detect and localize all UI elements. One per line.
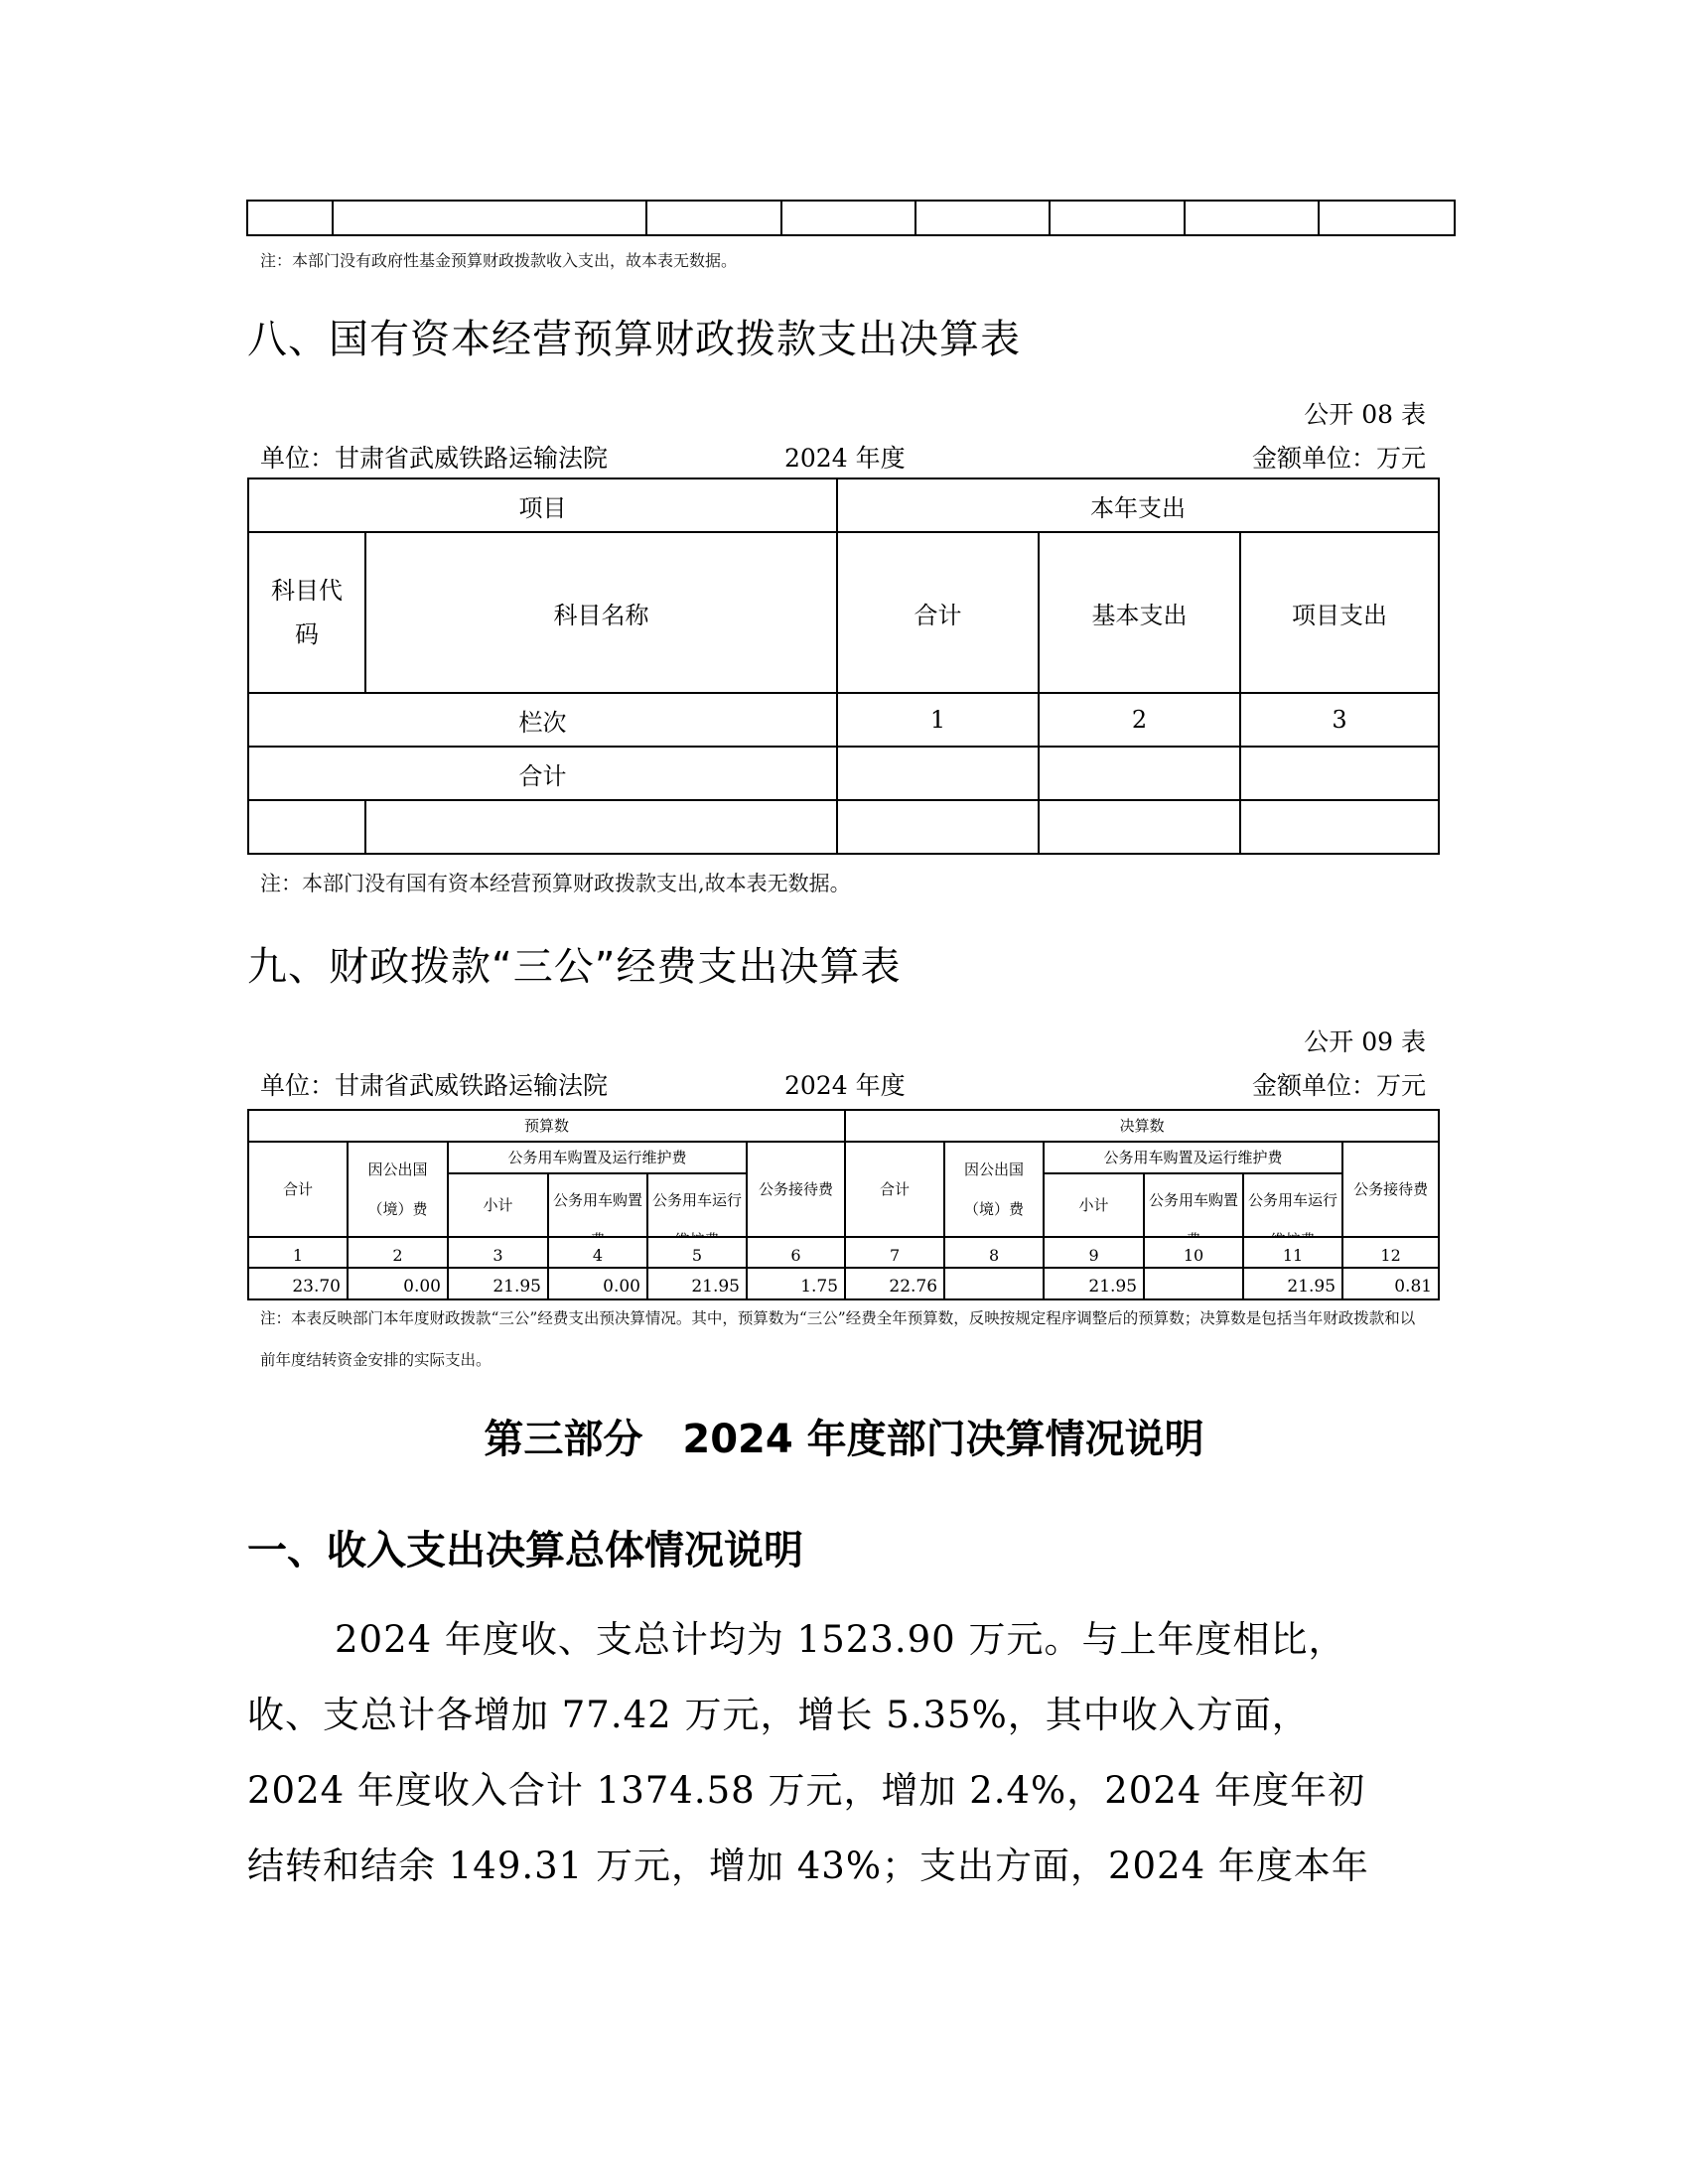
total-row: 合计 xyxy=(248,747,1439,800)
group-budget: 预算数 xyxy=(248,1110,845,1142)
table-09-year: 2024 年度 xyxy=(784,1066,906,1102)
value-final-total: 22.76 xyxy=(845,1268,944,1299)
header-final-vehicle-group: 公务用车购置及运行维护费 xyxy=(1044,1142,1342,1173)
header-subject-name: 科目名称 xyxy=(365,532,837,693)
header-budget-vehicle-purchase-label: 公务用车购置费 xyxy=(550,1174,645,1236)
table-cell xyxy=(1050,201,1185,235)
table-08-year: 2024 年度 xyxy=(784,439,906,475)
table-09: 预算数 决算数 合计 因公出国（境）费 公务用车购置及运行维护费 公务接待费 合… xyxy=(247,1109,1440,1300)
data-row: 23.70 0.00 21.95 0.00 21.95 1.75 22.76 2… xyxy=(248,1268,1439,1299)
table-cell xyxy=(365,800,837,854)
header-project-expense: 项目支出 xyxy=(1240,532,1439,693)
table-cell xyxy=(915,201,1050,235)
table-08-currency: 金额单位：万元 xyxy=(1252,439,1426,475)
section-8-title: 八、国有资本经营预算财政拨款支出决算表 xyxy=(247,308,1021,364)
section-9-title: 九、财政拨款“三公”经费支出决算表 xyxy=(247,935,901,992)
header-budget-vehicle-group: 公务用车购置及运行维护费 xyxy=(448,1142,747,1173)
value-budget-abroad: 0.00 xyxy=(348,1268,448,1299)
table-header-row: 科目代码 科目名称 合计 基本支出 项目支出 xyxy=(248,532,1439,693)
column-index: 12 xyxy=(1342,1237,1439,1268)
header-budget-vehicle-operation: 公务用车运行维护费 xyxy=(647,1173,747,1237)
value-budget-reception: 1.75 xyxy=(747,1268,845,1299)
column-index: 2 xyxy=(348,1237,448,1268)
column-index: 8 xyxy=(944,1237,1044,1268)
table-08-code: 公开 08 表 xyxy=(1304,395,1426,431)
table-08-unit: 单位：甘肃省武威铁路运输法院 xyxy=(260,439,608,475)
header-budget-total: 合计 xyxy=(248,1142,348,1237)
table-cell xyxy=(1039,747,1240,800)
table-09-note-line-1: 注：本表反映部门本年度财政拨款“三公”经费支出预决算情况。其中，预算数为“三公”… xyxy=(260,1306,1415,1328)
header-budget-vehicle-operation-label: 公务用车运行维护费 xyxy=(649,1174,745,1236)
table-09-code: 公开 09 表 xyxy=(1304,1023,1426,1058)
column-index: 11 xyxy=(1243,1237,1342,1268)
paragraph-line: 2024 年度收入合计 1374.58 万元，增加 2.4%，2024 年度年初 xyxy=(247,1753,1439,1829)
table-09-unit: 单位：甘肃省武威铁路运输法院 xyxy=(260,1066,608,1102)
column-index: 7 xyxy=(845,1237,944,1268)
header-budget-reception: 公务接待费 xyxy=(747,1142,845,1237)
header-subject-code-label: 科目代码 xyxy=(267,569,347,656)
header-final-subtotal: 小计 xyxy=(1044,1173,1144,1237)
value-final-vehicle-purchase xyxy=(1144,1268,1243,1299)
header-final-vehicle-operation: 公务用车运行维护费 xyxy=(1243,1173,1342,1237)
header-final-reception: 公务接待费 xyxy=(1342,1142,1439,1237)
column-index-row: 1 2 3 4 5 6 7 8 9 10 11 12 xyxy=(248,1237,1439,1268)
column-index: 5 xyxy=(647,1237,747,1268)
table-cell xyxy=(1039,800,1240,854)
header-current-year-expense: 本年支出 xyxy=(837,478,1439,532)
table-cell xyxy=(1185,201,1319,235)
value-budget-subtotal: 21.95 xyxy=(448,1268,548,1299)
table-row xyxy=(248,800,1439,854)
paragraph-line: 收、支总计各增加 77.42 万元，增长 5.35%，其中收入方面， xyxy=(247,1678,1439,1753)
value-final-subtotal: 21.95 xyxy=(1044,1268,1144,1299)
header-budget-abroad-label: 因公出国（境）费 xyxy=(363,1150,433,1229)
value-budget-vehicle-operation: 21.95 xyxy=(647,1268,747,1299)
header-total: 合计 xyxy=(837,532,1039,693)
table-cell xyxy=(1240,800,1439,854)
column-index: 10 xyxy=(1144,1237,1243,1268)
table-09-note-line-2: 前年度结转资金安排的实际支出。 xyxy=(260,1348,492,1370)
header-final-vehicle-purchase: 公务用车购置费 xyxy=(1144,1173,1243,1237)
column-index: 4 xyxy=(548,1237,647,1268)
value-budget-total: 23.70 xyxy=(248,1268,348,1299)
column-index: 1 xyxy=(837,693,1039,747)
column-index-row: 栏次 1 2 3 xyxy=(248,693,1439,747)
table-cell xyxy=(837,747,1039,800)
header-budget-subtotal: 小计 xyxy=(448,1173,548,1237)
part-3-title: 第三部分 2024 年度部门决算情况说明 xyxy=(0,1408,1688,1464)
table-header-row: 合计 因公出国（境）费 公务用车购置及运行维护费 公务接待费 合计 因公出国（境… xyxy=(248,1142,1439,1173)
table-group-header-row: 预算数 决算数 xyxy=(248,1110,1439,1142)
table-08: 项目 本年支出 科目代码 科目名称 合计 基本支出 项目支出 栏次 1 2 3 … xyxy=(247,478,1440,855)
header-final-abroad: 因公出国（境）费 xyxy=(944,1142,1044,1237)
value-final-abroad xyxy=(944,1268,1044,1299)
table-09-currency: 金额单位：万元 xyxy=(1252,1066,1426,1102)
header-basic-expense: 基本支出 xyxy=(1039,532,1240,693)
header-final-vehicle-purchase-label: 公务用车购置费 xyxy=(1146,1174,1241,1236)
header-budget-abroad: 因公出国（境）费 xyxy=(348,1142,448,1237)
header-item: 项目 xyxy=(248,478,837,532)
table-cell xyxy=(248,800,365,854)
table-cell xyxy=(247,201,333,235)
header-final-vehicle-operation-label: 公务用车运行维护费 xyxy=(1245,1174,1340,1236)
table-cell xyxy=(837,800,1039,854)
table-08-note: 注：本部门没有国有资本经营预算财政拨款支出,故本表无数据。 xyxy=(260,868,851,897)
column-index-label: 栏次 xyxy=(248,693,837,747)
table-cell xyxy=(646,201,781,235)
value-final-reception: 0.81 xyxy=(1342,1268,1439,1299)
header-subject-code: 科目代码 xyxy=(248,532,365,693)
table-header-row: 项目 本年支出 xyxy=(248,478,1439,532)
column-index: 3 xyxy=(1240,693,1439,747)
body-paragraph: 2024 年度收、支总计均为 1523.90 万元。与上年度相比， 收、支总计各… xyxy=(247,1602,1439,1904)
section-1-title: 一、收入支出决算总体情况说明 xyxy=(247,1519,803,1575)
total-row-label: 合计 xyxy=(248,747,837,800)
group-final: 决算数 xyxy=(845,1110,1439,1142)
table-07-tail xyxy=(246,200,1456,236)
column-index: 2 xyxy=(1039,693,1240,747)
paragraph-line: 结转和结余 149.31 万元，增加 43%；支出方面，2024 年度本年 xyxy=(247,1829,1439,1904)
table-cell xyxy=(781,201,915,235)
value-budget-vehicle-purchase: 0.00 xyxy=(548,1268,647,1299)
column-index: 3 xyxy=(448,1237,548,1268)
column-index: 9 xyxy=(1044,1237,1144,1268)
header-final-abroad-label: 因公出国（境）费 xyxy=(959,1150,1029,1229)
table-07-note: 注：本部门没有政府性基金预算财政拨款收入支出，故本表无数据。 xyxy=(260,248,737,271)
value-final-vehicle-operation: 21.95 xyxy=(1243,1268,1342,1299)
paragraph-line: 2024 年度收、支总计均为 1523.90 万元。与上年度相比， xyxy=(247,1602,1439,1678)
table-cell xyxy=(333,201,646,235)
table-cell xyxy=(1319,201,1455,235)
header-final-total: 合计 xyxy=(845,1142,944,1237)
column-index: 6 xyxy=(747,1237,845,1268)
header-budget-vehicle-purchase: 公务用车购置费 xyxy=(548,1173,647,1237)
column-index: 1 xyxy=(248,1237,348,1268)
table-cell xyxy=(1240,747,1439,800)
table-row xyxy=(247,201,1455,235)
